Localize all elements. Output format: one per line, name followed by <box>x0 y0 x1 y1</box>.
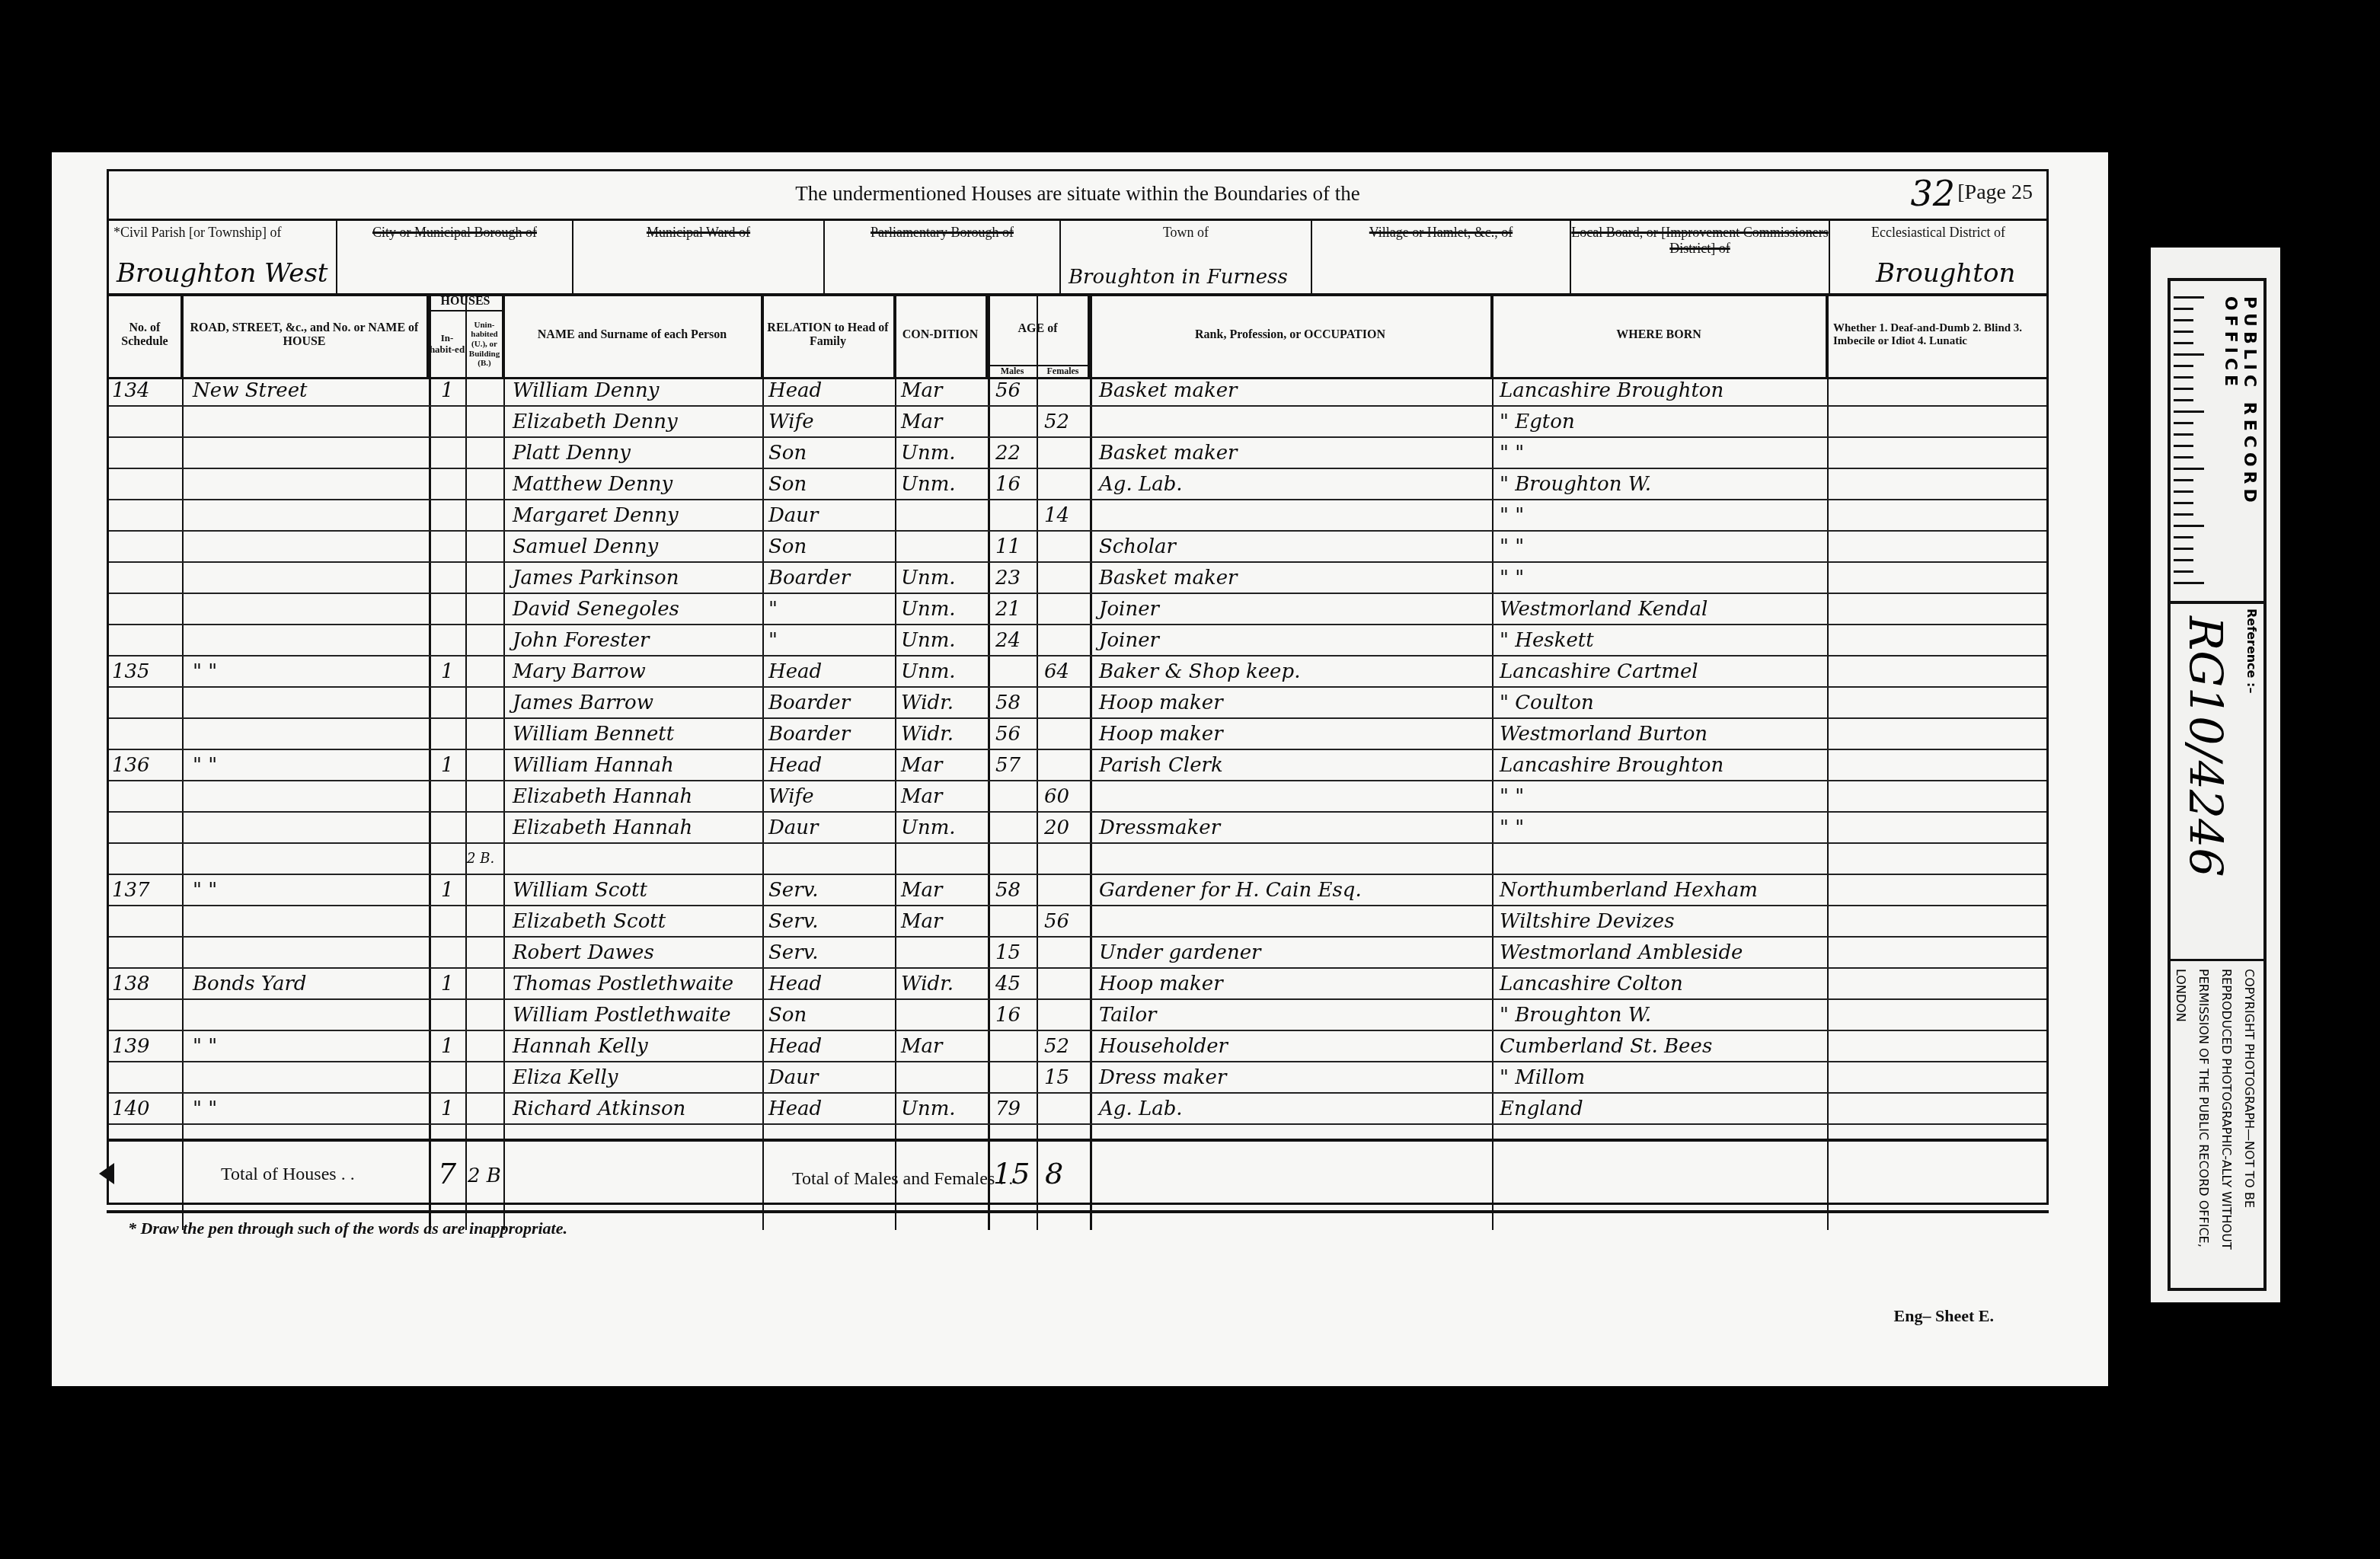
table-row: Elizabeth HannahWifeMar60" " <box>109 783 2046 813</box>
page-number: [Page 25 <box>1957 180 2033 205</box>
relation-cell: Boarder <box>768 689 850 717</box>
relation-cell: Head <box>768 752 822 780</box>
name-cell: Hannah Kelly <box>513 1033 648 1061</box>
table-row: Elizabeth HannahDaurUnm.20Dressmaker" " <box>109 814 2046 844</box>
name-cell: William Hannah <box>513 752 674 780</box>
title-row: The undermentioned Houses are situate wi… <box>109 171 2046 221</box>
ruler-tick <box>2174 353 2204 356</box>
table-row: Robert DawesServ.15Under gardenerWestmor… <box>109 939 2046 969</box>
occupation-cell: Householder <box>1099 1033 1228 1061</box>
ruler-tick <box>2174 536 2193 538</box>
col-relation: RELATION to Head of Family <box>762 293 895 377</box>
name-cell: Elizabeth Denny <box>513 408 678 436</box>
col-uninhabited: Unin-habited (U.), or Building (B.) <box>467 311 502 377</box>
where-born-cell: Northumberland Hexham <box>1500 877 1758 905</box>
where-born-cell: " " <box>1500 814 1524 842</box>
total-houses-label: Total of Houses . . <box>221 1164 355 1185</box>
inhabited-cell: 1 <box>441 1095 454 1123</box>
ruler-tick <box>2174 502 2193 504</box>
boundary-municipal-ward: Municipal Ward of <box>573 219 825 293</box>
where-born-cell: " Heskett <box>1500 627 1594 655</box>
table-row: 135" "1Mary BarrowHeadUnm.64Baker & Shop… <box>109 658 2046 688</box>
table-row: 138Bonds Yard1Thomas PostlethwaiteHeadWi… <box>109 970 2046 1000</box>
where-born-cell: " " <box>1500 439 1524 468</box>
where-born-cell: Lancashire Broughton <box>1500 377 1724 405</box>
name-cell: William Bennett <box>513 720 674 749</box>
name-cell: Margaret Denny <box>513 502 679 530</box>
inhabited-cell: 1 <box>441 658 454 686</box>
col-age: AGE of Males Females <box>988 293 1090 377</box>
boundary-label: Ecclesiastical District of <box>1830 219 2046 241</box>
male-age-cell: 57 <box>995 752 1021 780</box>
condition-cell: Mar <box>901 408 943 436</box>
where-born-cell: England <box>1500 1095 1583 1123</box>
ruler-tick <box>2174 296 2204 299</box>
name-cell: David Senegoles <box>513 596 679 624</box>
occupation-cell: Joiner <box>1099 627 1159 655</box>
occupation-cell: Hoop maker <box>1099 720 1223 749</box>
occupation-cell: Parish Clerk <box>1099 752 1223 780</box>
where-born-cell: Westmorland Burton <box>1500 720 1708 749</box>
ruler-tick <box>2174 570 2193 573</box>
boundary-village: Village or Hamlet, &c., of <box>1312 219 1571 293</box>
relation-cell: Wife <box>768 408 814 436</box>
road-cell: " " <box>193 877 217 905</box>
name-cell: Samuel Denny <box>513 533 658 561</box>
occupation-cell: Hoop maker <box>1099 689 1223 717</box>
male-age-cell: 21 <box>995 596 1021 624</box>
footnote: * Draw the pen through such of the words… <box>128 1219 567 1238</box>
ruler-tick <box>2174 525 2204 527</box>
occupation-cell: Gardener for H. Cain Esq. <box>1099 877 1362 905</box>
where-born-cell: " " <box>1500 533 1524 561</box>
ruler-tick <box>2174 433 2193 436</box>
table-row: David Senegoles"Unm.21JoinerWestmorland … <box>109 596 2046 625</box>
ruler-tick <box>2174 582 2204 584</box>
table-row: 134New Street1William DennyHeadMar56Bask… <box>109 377 2046 407</box>
ruler-tick <box>2174 388 2193 390</box>
road-cell: New Street <box>193 377 308 405</box>
col-inhabited: In-habit-ed <box>429 311 467 377</box>
female-age-cell: 60 <box>1044 783 1069 811</box>
ruler-tick <box>2174 456 2193 458</box>
col-infirmity: Whether 1. Deaf-and-Dumb 2. Blind 3. Imb… <box>1827 293 2046 377</box>
table-row: James ParkinsonBoarderUnm.23Basket maker… <box>109 564 2046 594</box>
condition-cell: Unm. <box>901 814 956 842</box>
relation-cell: Son <box>768 439 807 468</box>
where-born-cell: " Broughton W. <box>1500 471 1651 499</box>
reference-value: RG10/4246 <box>2178 616 2231 877</box>
where-born-cell: " Coulton <box>1500 689 1594 717</box>
name-cell: Matthew Denny <box>513 471 672 499</box>
inhabited-cell: 1 <box>441 1033 454 1061</box>
condition-cell: Unm. <box>901 564 956 593</box>
office-label: PUBLIC RECORD OFFICE <box>2221 296 2259 601</box>
relation-cell: " <box>768 596 778 624</box>
name-cell: James Parkinson <box>513 564 679 593</box>
table-row: 136" "1William HannahHeadMar57Parish Cle… <box>109 752 2046 781</box>
road-cell: " " <box>193 752 217 780</box>
male-age-cell: 22 <box>995 439 1021 468</box>
table-row: William BennettBoarderWidr.56Hoop makerW… <box>109 720 2046 750</box>
total-persons-label: Total of Males and Females . . <box>792 1169 1013 1190</box>
where-born-cell: " " <box>1500 783 1524 811</box>
name-cell: William Denny <box>513 377 659 405</box>
table-row: 140" "1Richard AtkinsonHeadUnm.79Ag. Lab… <box>109 1095 2046 1125</box>
boundary-ecclesiastical: Ecclesiastical District of Broughton <box>1830 219 2046 293</box>
where-born-cell: Lancashire Cartmel <box>1500 658 1698 686</box>
female-age-cell: 14 <box>1044 502 1069 530</box>
table-row: Samuel DennySon11Scholar" " <box>109 533 2046 563</box>
total-uninhabited: 2 B <box>468 1164 501 1187</box>
ruler-tick <box>2174 308 2193 310</box>
occupation-cell: Basket maker <box>1099 377 1238 405</box>
inhabited-cell: 1 <box>441 970 454 998</box>
folio-number: 32 <box>1910 173 1955 214</box>
occupation-cell: Under gardener <box>1099 939 1261 967</box>
col-name: NAME and Surname of each Person <box>503 293 762 377</box>
boundary-civil-parish: *Civil Parish [or Township] of Broughton… <box>109 219 337 293</box>
condition-cell: Unm. <box>901 1095 956 1123</box>
female-age-cell: 64 <box>1044 658 1069 686</box>
boundary-label: Town of <box>1061 219 1311 241</box>
inhabited-cell: 1 <box>441 752 454 780</box>
condition-cell: Unm. <box>901 439 956 468</box>
name-cell: James Barrow <box>513 689 653 717</box>
name-cell: William Postlethwaite <box>513 1002 731 1030</box>
relation-cell: Serv. <box>768 908 819 936</box>
name-cell: Thomas Postlethwaite <box>513 970 733 998</box>
boundary-label: Municipal Ward of <box>573 219 823 241</box>
occupation-cell: Dress maker <box>1099 1064 1226 1092</box>
col-road: ROAD, STREET, &c., and No. or NAME of HO… <box>182 293 429 377</box>
male-age-cell: 58 <box>995 689 1021 717</box>
male-age-cell: 24 <box>995 627 1021 655</box>
schedule-cell: 138 <box>112 970 150 998</box>
totals-row: Total of Houses . . 7 2 B Total of Males… <box>107 1139 2049 1213</box>
ruler-tick <box>2174 468 2204 470</box>
where-born-cell: Westmorland Ambleside <box>1500 939 1743 967</box>
occupation-cell: Baker & Shop keep. <box>1099 658 1300 686</box>
ruler-tick <box>2174 411 2204 413</box>
ruler-tick <box>2174 513 2193 516</box>
relation-cell: Son <box>768 1002 807 1030</box>
where-born-cell: " Egton <box>1500 408 1575 436</box>
male-age-cell: 16 <box>995 471 1021 499</box>
male-age-cell: 56 <box>995 720 1021 749</box>
table-row: Margaret DennyDaur14" " <box>109 502 2046 532</box>
occupation-cell: Basket maker <box>1099 439 1238 468</box>
schedule-cell: 140 <box>112 1095 150 1123</box>
boundary-value: Broughton West <box>117 258 328 289</box>
condition-cell: Unm. <box>901 471 956 499</box>
where-born-cell: Lancashire Colton <box>1500 970 1683 998</box>
condition-cell: Unm. <box>901 658 956 686</box>
where-born-cell: Cumberland St. Bees <box>1500 1033 1712 1061</box>
relation-cell: Serv. <box>768 877 819 905</box>
relation-cell: Boarder <box>768 564 850 593</box>
condition-cell: Mar <box>901 377 943 405</box>
copyright-notice: COPYRIGHT PHOTOGRAPH—NOT TO BE REPRODUCE… <box>2171 963 2263 1288</box>
where-born-cell: " Millom <box>1500 1064 1585 1092</box>
relation-cell: Daur <box>768 1064 819 1092</box>
condition-cell: Unm. <box>901 627 956 655</box>
relation-cell: Head <box>768 970 822 998</box>
condition-cell: Mar <box>901 877 943 905</box>
boundary-value: Broughton in Furness <box>1069 266 1288 289</box>
table-row: Elizabeth ScottServ.Mar56Wiltshire Deviz… <box>109 908 2046 938</box>
column-headers: No. of Schedule ROAD, STREET, &c., and N… <box>109 293 2046 379</box>
ruler-tick <box>2174 559 2193 561</box>
boundary-town: Town of Broughton in Furness <box>1061 219 1312 293</box>
ruler-tick <box>2174 376 2193 379</box>
male-age-cell: 11 <box>995 533 1021 561</box>
total-males: 15 <box>993 1157 1030 1190</box>
col-schedule: No. of Schedule <box>109 293 182 377</box>
male-age-cell: 23 <box>995 564 1021 593</box>
ruler: PUBLIC RECORD OFFICE <box>2171 281 2263 604</box>
relation-cell: Head <box>768 1095 822 1123</box>
boundaries-row: *Civil Parish [or Township] of Broughton… <box>109 219 2046 296</box>
relation-cell: " <box>768 627 778 655</box>
table-row: Elizabeth DennyWifeMar52" Egton <box>109 408 2046 438</box>
female-age-cell: 52 <box>1044 1033 1069 1061</box>
occupation-cell: Hoop maker <box>1099 970 1223 998</box>
condition-cell: Widr. <box>901 720 954 749</box>
where-born-cell: Lancashire Broughton <box>1500 752 1724 780</box>
schedule-cell: 135 <box>112 658 150 686</box>
boundary-label: Village or Hamlet, &c., of <box>1312 219 1570 241</box>
occupation-cell: Dressmaker <box>1099 814 1220 842</box>
female-age-cell: 52 <box>1044 408 1069 436</box>
road-cell: " " <box>193 658 217 686</box>
boundary-label: Local Board, or [Improvement Commissione… <box>1571 219 1829 257</box>
where-born-cell: Westmorland Kendal <box>1500 596 1708 624</box>
relation-cell: Son <box>768 533 807 561</box>
table-row: 137" "1William ScottServ.Mar58Gardener f… <box>109 877 2046 906</box>
female-age-cell: 56 <box>1044 908 1069 936</box>
boundary-label: Parliamentary Borough of <box>825 219 1059 241</box>
ruler-tick <box>2174 319 2193 321</box>
ruler-tick <box>2174 342 2193 344</box>
name-cell: Elizabeth Hannah <box>513 814 692 842</box>
table-row: 139" "1Hannah KellyHeadMar52HouseholderC… <box>109 1033 2046 1062</box>
condition-cell: Unm. <box>901 596 956 624</box>
ruler-tick <box>2174 548 2193 550</box>
schedule-cell: 136 <box>112 752 150 780</box>
relation-cell: Head <box>768 658 822 686</box>
table-row: Platt DennySonUnm.22Basket maker" " <box>109 439 2046 469</box>
record-office-stamp: PUBLIC RECORD OFFICE Reference :– RG10/4… <box>2151 248 2280 1302</box>
relation-cell: Head <box>768 1033 822 1061</box>
boundary-label: *Civil Parish [or Township] of <box>109 219 336 241</box>
occupation-cell: Scholar <box>1099 533 1176 561</box>
col-occupation: Rank, Profession, or OCCUPATION <box>1090 293 1492 377</box>
schedule-cell: 137 <box>112 877 150 905</box>
relation-cell: Boarder <box>768 720 850 749</box>
name-cell: Elizabeth Hannah <box>513 783 692 811</box>
relation-cell: Son <box>768 471 807 499</box>
ruler-tick <box>2174 365 2193 367</box>
name-cell: Richard Atkinson <box>513 1095 685 1123</box>
ruler-tick <box>2174 479 2193 481</box>
table-row: William PostlethwaiteSon16Tailor" Brough… <box>109 1002 2046 1031</box>
col-females: Females <box>1038 366 1088 377</box>
inhabited-cell: 1 <box>441 877 454 905</box>
condition-cell: Mar <box>901 908 943 936</box>
male-age-cell: 16 <box>995 1002 1021 1030</box>
name-cell: Elizabeth Scott <box>513 908 666 936</box>
where-born-cell: " " <box>1500 564 1524 593</box>
name-cell: Robert Dawes <box>513 939 654 967</box>
boundary-value: Broughton <box>1876 258 2015 289</box>
table-row: John Forester"Unm.24Joiner" Heskett <box>109 627 2046 657</box>
ruler-tick <box>2174 399 2193 401</box>
table-row: Matthew DennySonUnm.16Ag. Lab." Broughto… <box>109 471 2046 500</box>
col-where-born: WHERE BORN <box>1492 293 1827 377</box>
reference-box: Reference :– RG10/4246 <box>2171 601 2263 961</box>
reference-label: Reference :– <box>2244 609 2259 693</box>
total-females: 8 <box>1045 1157 1063 1190</box>
name-cell: William Scott <box>513 877 647 905</box>
occupation-cell: Ag. Lab. <box>1099 1095 1183 1123</box>
form-heading: The undermentioned Houses are situate wi… <box>109 182 2046 206</box>
table-row: James BarrowBoarderWidr.58Hoop maker" Co… <box>109 689 2046 719</box>
schedule-cell: 134 <box>112 377 150 405</box>
schedule-cell: 139 <box>112 1033 150 1061</box>
col-males: Males <box>988 366 1038 377</box>
condition-cell: Mar <box>901 1033 943 1061</box>
female-age-cell: 15 <box>1044 1064 1069 1092</box>
name-cell: Mary Barrow <box>513 658 646 686</box>
total-inhabited: 7 <box>438 1157 456 1190</box>
name-cell: Platt Denny <box>513 439 631 468</box>
male-age-cell: 56 <box>995 377 1021 405</box>
table-row: Eliza KellyDaur15Dress maker" Millom <box>109 1064 2046 1094</box>
boundary-local-board: Local Board, or [Improvement Commissione… <box>1571 219 1830 293</box>
name-cell: Eliza Kelly <box>513 1064 618 1092</box>
male-age-cell: 45 <box>995 970 1021 998</box>
male-age-cell: 15 <box>995 939 1021 967</box>
where-born-cell: " Broughton W. <box>1500 1002 1651 1030</box>
census-sheet: The undermentioned Houses are situate wi… <box>52 152 2108 1386</box>
arrow-left-icon <box>99 1163 114 1184</box>
ruler-tick <box>2174 331 2193 333</box>
male-age-cell: 58 <box>995 877 1021 905</box>
inhabited-cell: 1 <box>441 377 454 405</box>
occupation-cell: Joiner <box>1099 596 1159 624</box>
where-born-cell: Wiltshire Devizes <box>1500 908 1675 936</box>
table-row: 2 B. <box>109 845 2046 875</box>
occupation-cell: Basket maker <box>1099 564 1238 593</box>
col-condition: CON-DITION <box>895 293 988 377</box>
relation-cell: Head <box>768 377 822 405</box>
ruler-tick <box>2174 490 2193 493</box>
relation-cell: Daur <box>768 814 819 842</box>
sheet-mark: Eng– Sheet E. <box>1894 1306 1994 1326</box>
ruler-tick <box>2174 422 2193 424</box>
condition-cell: Mar <box>901 783 943 811</box>
female-age-cell: 20 <box>1044 814 1069 842</box>
boundary-municipal-borough: City or Municipal Borough of <box>337 219 573 293</box>
condition-cell: Widr. <box>901 970 954 998</box>
census-form: The undermentioned Houses are situate wi… <box>107 169 2049 1205</box>
boundary-label: City or Municipal Borough of <box>337 219 572 241</box>
boundary-parliamentary-borough: Parliamentary Borough of <box>825 219 1061 293</box>
name-cell: John Forester <box>513 627 650 655</box>
condition-cell: Mar <box>901 752 943 780</box>
road-cell: Bonds Yard <box>193 970 306 998</box>
relation-cell: Daur <box>768 502 819 530</box>
relation-cell: Serv. <box>768 939 819 967</box>
male-age-cell: 79 <box>995 1095 1021 1123</box>
occupation-cell: Tailor <box>1099 1002 1157 1030</box>
ruler-tick <box>2174 445 2193 447</box>
condition-cell: Widr. <box>901 689 954 717</box>
road-cell: " " <box>193 1095 217 1123</box>
where-born-cell: " " <box>1500 502 1524 530</box>
road-cell: " " <box>193 1033 217 1061</box>
uninhabited-cell: 2 B. <box>467 845 494 874</box>
occupation-cell: Ag. Lab. <box>1099 471 1183 499</box>
relation-cell: Wife <box>768 783 814 811</box>
